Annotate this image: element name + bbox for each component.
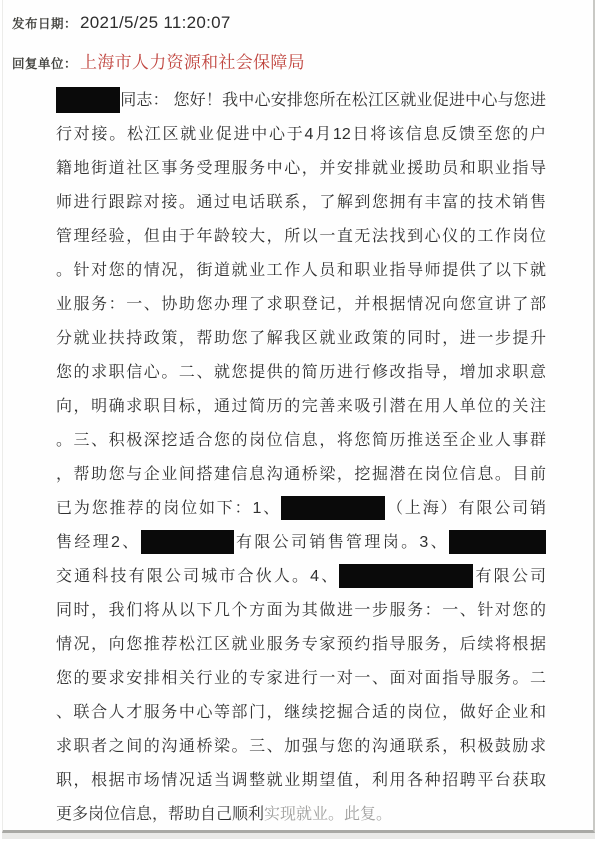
reply-line: 同时，我们将从以下几个方面为其做进一步服务：一、针对您的 bbox=[56, 594, 546, 628]
reply-line: 职，根据市场情况适当调整就业期望值，利用各种招聘平台获取 bbox=[56, 764, 546, 798]
reply-text-segment: 分就业扶持政策，帮助您了解我区就业政策的同时，进一步提升 bbox=[56, 330, 546, 347]
reply-text-segment: 交通科技有限公司城市合伙人。4、 bbox=[56, 568, 339, 585]
reply-unit-row: 回复单位： 上海市人力资源和社会保障局 bbox=[12, 48, 593, 75]
reply-text-segment: 同志： 您好！我中心安排您所在松江区就业促进中心与您进 bbox=[120, 92, 546, 109]
reply-line: 管理经验，但由于年龄较大，所以一直无法找到心仪的工作岗位 bbox=[56, 220, 546, 254]
reply-line: 情况，向您推荐松江区就业服务专家预约指导服务，后续将根据 bbox=[56, 628, 546, 662]
reply-line: 分就业扶持政策，帮助您了解我区就业政策的同时，进一步提升 bbox=[56, 322, 546, 356]
reply-text-segment: 情况，向您推荐松江区就业服务专家预约指导服务，后续将根据 bbox=[56, 636, 546, 653]
reply-line: ，帮助您与企业间搭建信息沟通桥梁，挖掘潜在岗位信息。目前 bbox=[56, 458, 546, 492]
reply-line: 已为您推荐的岗位如下：1、（上海）有限公司销 bbox=[56, 492, 546, 526]
redacted-text-bar bbox=[56, 87, 120, 113]
reply-text-segment: 业服务：一、协助您办理了求职登记，并根据情况向您宣讲了部 bbox=[56, 296, 546, 313]
publish-date-label: 发布日期： bbox=[12, 14, 77, 32]
reply-line: 、联合人才服务中心等部门，继续挖掘合适的岗位，做好企业和 bbox=[56, 696, 546, 730]
reply-line: 师进行跟踪对接。通过电话联系，了解到您拥有丰富的技术销售 bbox=[56, 186, 546, 220]
reply-header: 发布日期： 2021/5/25 11:20:07 回复单位： 上海市人力资源和社… bbox=[3, 0, 593, 75]
reply-text-segment: 有限公司 bbox=[473, 568, 546, 585]
reply-text-segment: 。针对您的情况，街道就业工作人员和职业指导师提供了以下就 bbox=[56, 262, 546, 279]
reply-line: 您的求职信心。二、就您提供的简历进行修改指导，增加求职意 bbox=[56, 356, 546, 390]
reply-text-segment: 行对接。松江区就业促进中心于4月12日将该信息反馈至您的户 bbox=[56, 126, 546, 143]
reply-text-segment: 师进行跟踪对接。通过电话联系，了解到您拥有丰富的技术销售 bbox=[56, 194, 546, 211]
reply-text-segment: 向，明确求职目标，通过简历的完善来吸引潜在用人单位的关注 bbox=[56, 398, 546, 415]
redacted-text-bar bbox=[141, 530, 234, 554]
publish-date-row: 发布日期： 2021/5/25 11:20:07 bbox=[12, 13, 593, 40]
reply-text-segment: 您的要求安排相关行业的专家进行一对一、面对面指导服务。二 bbox=[56, 670, 546, 687]
reply-line: 。针对您的情况，街道就业工作人员和职业指导师提供了以下就 bbox=[56, 254, 546, 288]
reply-text-segment: （上海）有限公司销 bbox=[385, 500, 546, 517]
redacted-text-bar bbox=[339, 564, 473, 588]
reply-text-segment: 同时，我们将从以下几个方面为其做进一步服务：一、针对您的 bbox=[56, 602, 546, 619]
reply-line: 您的要求安排相关行业的专家进行一对一、面对面指导服务。二 bbox=[56, 662, 546, 696]
reply-text-segment: 。三、积极深挖适合您的岗位信息，将您简历推送至企业人事群 bbox=[56, 432, 546, 449]
reply-line: 向，明确求职目标，通过简历的完善来吸引潜在用人单位的关注 bbox=[56, 390, 546, 424]
reply-line: 。三、积极深挖适合您的岗位信息，将您简历推送至企业人事群 bbox=[56, 424, 546, 458]
reply-text-segment: 更多岗位信息，帮助自己顺利 bbox=[56, 806, 264, 823]
reply-line: 求职者之间的沟通桥梁。三、加强与您的沟通联系，积极鼓励求 bbox=[56, 730, 546, 764]
reply-text-segment: 管理经验，但由于年龄较大，所以一直无法找到心仪的工作岗位 bbox=[56, 228, 546, 245]
reply-text-segment: 有限公司销售管理岗。3、 bbox=[234, 534, 449, 551]
reply-body: 同志： 您好！我中心安排您所在松江区就业促进中心与您进行对接。松江区就业促进中心… bbox=[56, 84, 546, 832]
reply-line: 更多岗位信息，帮助自己顺利实现就业。此复。 bbox=[56, 798, 546, 832]
publish-date-value: 2021/5/25 11:20:07 bbox=[80, 13, 231, 33]
reply-line: 交通科技有限公司城市合伙人。4、有限公司 bbox=[56, 560, 546, 594]
reply-text-segment: 籍地街道社区事务受理服务中心，并安排就业援助员和职业指导 bbox=[56, 160, 546, 177]
reply-text-segment: 求职者之间的沟通桥梁。三、加强与您的沟通联系，积极鼓励求 bbox=[56, 738, 546, 755]
reply-line: 售经理2、有限公司销售管理岗。3、 bbox=[56, 526, 546, 560]
reply-line: 行对接。松江区就业促进中心于4月12日将该信息反馈至您的户 bbox=[56, 118, 546, 152]
reply-text-segment: ，帮助您与企业间搭建信息沟通桥梁，挖掘潜在岗位信息。目前 bbox=[56, 466, 546, 483]
reply-text-segment: 、联合人才服务中心等部门，继续挖掘合适的岗位，做好企业和 bbox=[56, 704, 546, 721]
reply-text-segment: 已为您推荐的岗位如下：1、 bbox=[56, 500, 281, 517]
reply-document-page: 发布日期： 2021/5/25 11:20:07 回复单位： 上海市人力资源和社… bbox=[2, 0, 595, 833]
reply-text-segment: 您的求职信心。二、就您提供的简历进行修改指导，增加求职意 bbox=[56, 364, 546, 381]
redacted-text-bar bbox=[281, 496, 385, 520]
reply-line: 籍地街道社区事务受理服务中心，并安排就业援助员和职业指导 bbox=[56, 152, 546, 186]
reply-text-segment: 售经理2、 bbox=[56, 534, 141, 551]
reply-text-segment: 职，根据市场情况适当调整就业期望值，利用各种招聘平台获取 bbox=[56, 772, 546, 789]
reply-line: 业服务：一、协助您办理了求职登记，并根据情况向您宣讲了部 bbox=[56, 288, 546, 322]
reply-line: 同志： 您好！我中心安排您所在松江区就业促进中心与您进 bbox=[56, 84, 546, 118]
reply-text-segment: 实现就业。此复。 bbox=[264, 806, 392, 823]
reply-unit-value: 上海市人力资源和社会保障局 bbox=[80, 48, 305, 73]
redacted-text-bar bbox=[449, 530, 546, 554]
reply-unit-label: 回复单位： bbox=[12, 54, 77, 72]
page-bottom-shadow bbox=[2, 833, 595, 839]
